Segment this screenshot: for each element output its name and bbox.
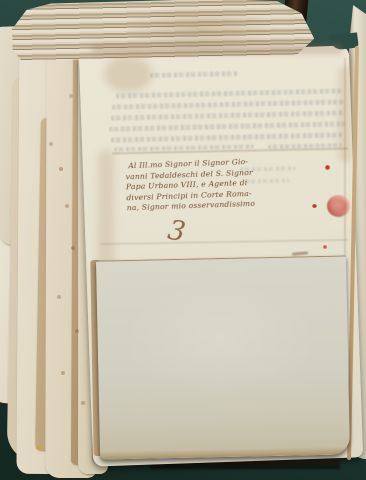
wax-drop bbox=[325, 165, 330, 170]
wax-drop bbox=[323, 245, 327, 249]
fold-crease bbox=[344, 58, 346, 258]
address-inscription: Al Ill.mo Signor il Signor Gio- vanni Te… bbox=[125, 157, 259, 215]
wax-seal bbox=[327, 195, 350, 217]
wax-drop bbox=[312, 204, 317, 208]
panel-highlight bbox=[120, 280, 320, 400]
paper-stain bbox=[104, 56, 152, 92]
foxing-specks bbox=[0, 0, 2, 2]
manuscript-photo: Al Ill.mo Signor il Signor Gio- vanni Te… bbox=[0, 0, 366, 480]
paper-stain bbox=[92, 44, 342, 54]
